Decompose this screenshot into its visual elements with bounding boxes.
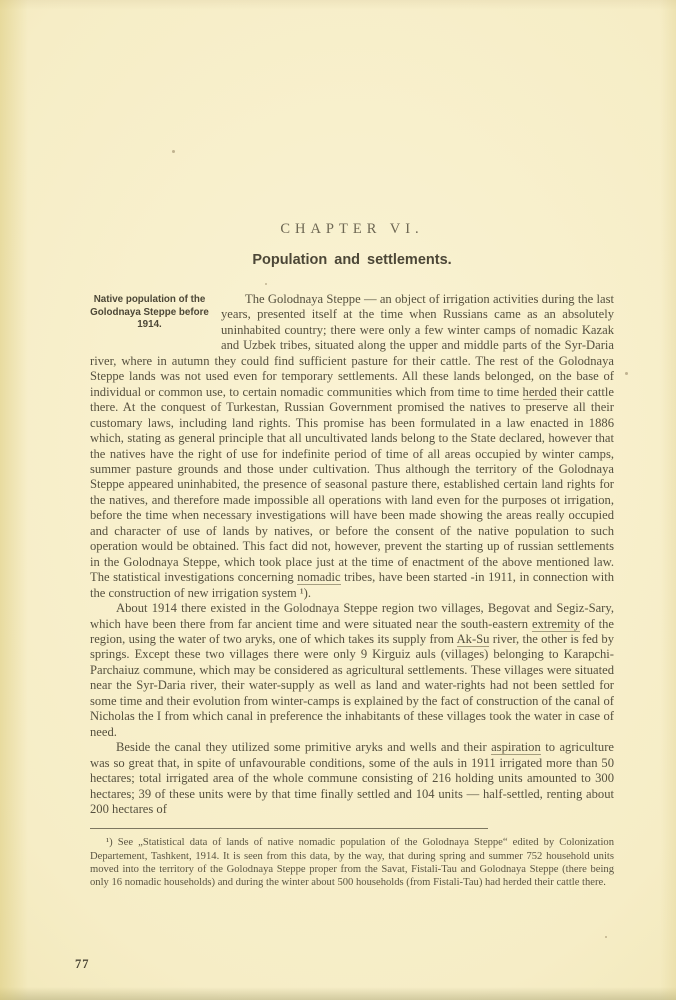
margin-note: Native population of the Golodnaya Stepp… <box>90 292 209 342</box>
footnote: ¹) See „Statistical data of lands of nat… <box>90 836 614 889</box>
section-title: Population and settlements. <box>90 252 614 268</box>
paragraph: About 1914 there existed in the Golodnay… <box>90 601 614 740</box>
page-number: 77 <box>75 957 90 972</box>
paper-speck <box>605 936 607 938</box>
page-content: CHAPTER VI. Population and settlements. … <box>90 221 614 890</box>
footnote-separator <box>90 828 488 829</box>
paper-speck <box>172 150 175 153</box>
paper-speck <box>625 372 628 375</box>
page-body: Native population of the Golodnaya Stepp… <box>90 292 614 890</box>
paragraph: Native population of the Golodnaya Stepp… <box>90 292 614 601</box>
chapter-heading: CHAPTER VI. <box>90 221 614 238</box>
book-page-scan: CHAPTER VI. Population and settlements. … <box>0 0 676 1000</box>
paragraph: Beside the canal they utilized some prim… <box>90 740 614 817</box>
